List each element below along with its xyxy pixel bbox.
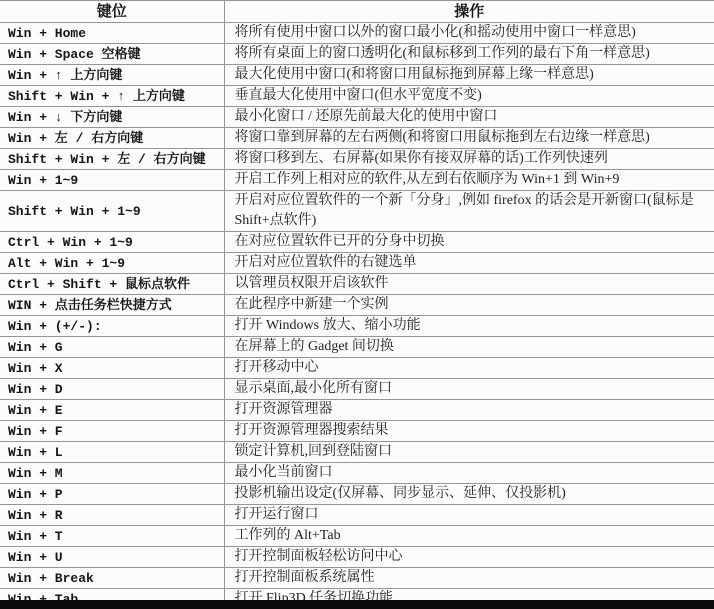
table-row: Win + G 在屏幕上的 Gadget 间切换: [0, 337, 714, 358]
key-cell: Win + D: [0, 379, 224, 400]
action-cell: 开启对应位置软件的右键选单: [224, 253, 714, 274]
key-cell: Win + X: [0, 358, 224, 379]
action-cell: 在此程序中新建一个实例: [224, 295, 714, 316]
key-cell: WIN + 点击任务栏快捷方式: [0, 295, 224, 316]
table-row: Win + X 打开移动中心: [0, 358, 714, 379]
table-row: Win + L 锁定计算机,回到登陆窗口: [0, 442, 714, 463]
shortcut-table: 键位 操作 Win + Home 将所有使用中窗口以外的窗口最小化(和摇动使用中…: [0, 0, 714, 609]
bottom-black-bar: [0, 600, 714, 609]
table-row: Win + Space 空格键 将所有桌面上的窗口透明化(和鼠标移到工作列的最右…: [0, 44, 714, 65]
table-row: WIN + 点击任务栏快捷方式 在此程序中新建一个实例: [0, 295, 714, 316]
action-cell: 打开控制面板轻松访问中心: [224, 547, 714, 568]
action-cell: 打开运行窗口: [224, 505, 714, 526]
key-cell: Win + P: [0, 484, 224, 505]
table-row: Alt + Win + 1~9 开启对应位置软件的右键选单: [0, 253, 714, 274]
table-row: Ctrl + Win + 1~9 在对应位置软件已开的分身中切换: [0, 232, 714, 253]
shortcut-table-body: Win + Home 将所有使用中窗口以外的窗口最小化(和摇动使用中窗口一样意思…: [0, 23, 714, 609]
table-row: Win + (+/-): 打开 Windows 放大、缩小功能: [0, 316, 714, 337]
action-cell: 将所有使用中窗口以外的窗口最小化(和摇动使用中窗口一样意思): [224, 23, 714, 44]
action-cell: 显示桌面,最小化所有窗口: [224, 379, 714, 400]
key-cell: Shift + Win + ↑ 上方向键: [0, 86, 224, 107]
key-cell: Shift + Win + 左 / 右方向键: [0, 149, 224, 170]
key-cell: Win + 1~9: [0, 170, 224, 191]
action-cell: 最小化当前窗口: [224, 463, 714, 484]
action-cell: 将窗口移到左、右屏幕(如果你有接双屏幕的话)工作列快速列: [224, 149, 714, 170]
key-cell: Win + ↓ 下方向键: [0, 107, 224, 128]
header-row: 键位 操作: [0, 1, 714, 23]
key-cell: Win + M: [0, 463, 224, 484]
action-cell: 打开 Windows 放大、缩小功能: [224, 316, 714, 337]
key-cell: Win + G: [0, 337, 224, 358]
shortcut-table-header: 键位 操作: [0, 1, 714, 23]
key-cell: Win + U: [0, 547, 224, 568]
table-row: Win + D 显示桌面,最小化所有窗口: [0, 379, 714, 400]
key-cell: Win + Break: [0, 568, 224, 589]
table-row: Win + ↑ 上方向键 最大化使用中窗口(和将窗口用鼠标拖到屏幕上缘一样意思): [0, 65, 714, 86]
key-cell: Win + Space 空格键: [0, 44, 224, 65]
table-row: Win + 左 / 右方向键 将窗口靠到屏幕的左右两侧(和将窗口用鼠标拖到左右边…: [0, 128, 714, 149]
action-cell: 开启工作列上相对应的软件,从左到右依顺序为 Win+1 到 Win+9: [224, 170, 714, 191]
key-cell: Win + L: [0, 442, 224, 463]
table-row: Win + P 投影机输出设定(仅屏幕、同步显示、延伸、仅投影机): [0, 484, 714, 505]
table-row: Win + Break 打开控制面板系统属性: [0, 568, 714, 589]
table-row: Win + ↓ 下方向键 最小化窗口 / 还原先前最大化的使用中窗口: [0, 107, 714, 128]
table-row: Win + U 打开控制面板轻松访问中心: [0, 547, 714, 568]
table-row: Shift + Win + 左 / 右方向键 将窗口移到左、右屏幕(如果你有接双…: [0, 149, 714, 170]
table-row: Win + 1~9 开启工作列上相对应的软件,从左到右依顺序为 Win+1 到 …: [0, 170, 714, 191]
action-cell: 打开资源管理器: [224, 400, 714, 421]
table-row: Shift + Win + 1~9 开启对应位置软件的一个新「分身」,例如 fi…: [0, 191, 714, 232]
key-cell: Alt + Win + 1~9: [0, 253, 224, 274]
action-cell: 最大化使用中窗口(和将窗口用鼠标拖到屏幕上缘一样意思): [224, 65, 714, 86]
key-cell: Win + (+/-):: [0, 316, 224, 337]
key-cell: Win + 左 / 右方向键: [0, 128, 224, 149]
action-cell: 打开资源管理器搜索结果: [224, 421, 714, 442]
key-cell: Shift + Win + 1~9: [0, 191, 224, 232]
key-column-header: 键位: [0, 1, 224, 23]
action-cell: 在对应位置软件已开的分身中切换: [224, 232, 714, 253]
table-row: Shift + Win + ↑ 上方向键 垂直最大化使用中窗口(但水平宽度不变): [0, 86, 714, 107]
action-cell: 打开控制面板系统属性: [224, 568, 714, 589]
key-cell: Win + F: [0, 421, 224, 442]
key-cell: Win + R: [0, 505, 224, 526]
action-cell: 最小化窗口 / 还原先前最大化的使用中窗口: [224, 107, 714, 128]
action-cell: 在屏幕上的 Gadget 间切换: [224, 337, 714, 358]
action-cell: 投影机输出设定(仅屏幕、同步显示、延伸、仅投影机): [224, 484, 714, 505]
action-cell: 以管理员权限开启该软件: [224, 274, 714, 295]
key-cell: Win + T: [0, 526, 224, 547]
table-row: Win + F 打开资源管理器搜索结果: [0, 421, 714, 442]
table-row: Win + E 打开资源管理器: [0, 400, 714, 421]
key-cell: Win + Home: [0, 23, 224, 44]
table-row: Win + R 打开运行窗口: [0, 505, 714, 526]
action-cell: 锁定计算机,回到登陆窗口: [224, 442, 714, 463]
action-cell: 开启对应位置软件的一个新「分身」,例如 firefox 的话会是开新窗口(鼠标是…: [224, 191, 714, 232]
key-cell: Ctrl + Shift + 鼠标点软件: [0, 274, 224, 295]
action-cell: 将窗口靠到屏幕的左右两侧(和将窗口用鼠标拖到左右边缘一样意思): [224, 128, 714, 149]
action-cell: 将所有桌面上的窗口透明化(和鼠标移到工作列的最右下角一样意思): [224, 44, 714, 65]
shortcut-reference-page: 键位 操作 Win + Home 将所有使用中窗口以外的窗口最小化(和摇动使用中…: [0, 0, 714, 609]
action-cell: 垂直最大化使用中窗口(但水平宽度不变): [224, 86, 714, 107]
table-row: Win + T 工作列的 Alt+Tab: [0, 526, 714, 547]
table-row: Win + M 最小化当前窗口: [0, 463, 714, 484]
key-cell: Ctrl + Win + 1~9: [0, 232, 224, 253]
key-cell: Win + E: [0, 400, 224, 421]
action-column-header: 操作: [224, 1, 714, 23]
table-row: Ctrl + Shift + 鼠标点软件 以管理员权限开启该软件: [0, 274, 714, 295]
key-cell: Win + ↑ 上方向键: [0, 65, 224, 86]
action-cell: 工作列的 Alt+Tab: [224, 526, 714, 547]
table-row: Win + Home 将所有使用中窗口以外的窗口最小化(和摇动使用中窗口一样意思…: [0, 23, 714, 44]
action-cell: 打开移动中心: [224, 358, 714, 379]
